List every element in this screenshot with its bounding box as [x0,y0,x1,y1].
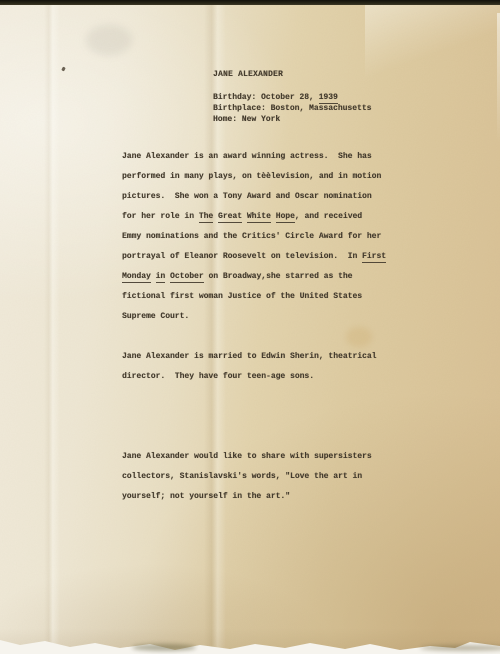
text-segment: collectors, Stanislavski's words, "Love … [122,472,362,481]
underlined-text: in [156,272,166,283]
text-line: Birthplace: Boston, Massachusetts [213,103,371,114]
text-segment: performed in many plays, on tèèlevision,… [122,172,381,181]
underlined-text: Great [218,212,242,223]
text-line: portrayal of Eleanor Roosevelt on televi… [122,247,386,267]
text-segment: , and received [295,212,362,221]
underlined-text: 1939 [319,93,338,104]
paragraph: Jane Alexander would like to share with … [122,447,386,507]
bio-info: Birthday: October 28, 1939Birthplace: Bo… [213,92,371,125]
text-segment: Emmy nominations and the Critics' Circle… [122,232,381,241]
text-line: Home: New York [213,114,371,125]
underlined-text: The [199,212,213,223]
text-segment: fictional first woman Justice of the Uni… [122,292,362,301]
text-line: Monday in October on Broadway,she starre… [122,267,386,287]
text-line: director. They have four teen-age sons. [122,367,386,387]
text-line: Jane Alexander would like to share with … [122,447,386,467]
text-line: pictures. She won a Tony Award and Oscar… [122,187,386,207]
text-segment: Jane Alexander is married to Edwin Sheri… [122,352,376,361]
underlined-text: Hope [276,212,295,223]
text-segment: Birthplace: Boston, Massachusetts [213,104,371,113]
underlined-text: Monday [122,272,151,283]
paragraph: Jane Alexander is an award winning actre… [122,147,386,327]
bio-paragraphs: Jane Alexander is an award winning actre… [122,147,386,507]
text-segment [271,212,276,221]
text-line: Supreme Court. [122,307,386,327]
text-line: for her role in The Great White Hope, an… [122,207,386,227]
text-segment: director. They have four teen-age sons. [122,372,314,381]
text-line: collectors, Stanislavski's words, "Love … [122,467,386,487]
text-segment: Supreme Court. [122,312,189,321]
text-line: Jane Alexander is married to Edwin Sheri… [122,347,386,367]
torn-edge-smudge [420,645,500,651]
paper-sheet: JANE ALEXANDER Birthday: October 28, 193… [0,5,500,654]
typewritten-content: JANE ALEXANDER Birthday: October 28, 193… [0,5,500,654]
text-segment: pictures. She won a Tony Award and Oscar… [122,192,372,201]
text-line: Birthday: October 28, 1939 [213,92,371,103]
text-line: yourself; not yourself in the art." [122,487,386,507]
text-segment: for her role in [122,212,199,221]
underlined-text: October [170,272,204,283]
text-line: fictional first woman Justice of the Uni… [122,287,386,307]
text-line: performed in many plays, on tèèlevision,… [122,167,386,187]
text-segment: Home: New York [213,115,280,124]
text-segment: yourself; not yourself in the art." [122,492,290,501]
underlined-text: White [247,212,271,223]
text-segment: Jane Alexander would like to share with … [122,452,372,461]
paragraph: Jane Alexander is married to Edwin Sheri… [122,347,386,387]
text-line: Jane Alexander is an award winning actre… [122,147,386,167]
page-title: JANE ALEXANDER [213,69,371,80]
text-segment: Jane Alexander is an award winning actre… [122,152,372,161]
text-line: Emmy nominations and the Critics' Circle… [122,227,386,247]
text-segment: Birthday: October 28, [213,93,319,102]
scanned-document: JANE ALEXANDER Birthday: October 28, 193… [0,0,500,654]
underlined-text: First [362,252,386,263]
text-segment: portrayal of Eleanor Roosevelt on televi… [122,252,362,261]
text-segment [151,272,156,281]
text-segment: on Broadway,she starred as the [204,272,353,281]
bio-header: JANE ALEXANDER Birthday: October 28, 193… [213,69,371,125]
torn-edge-smudge [132,644,196,651]
